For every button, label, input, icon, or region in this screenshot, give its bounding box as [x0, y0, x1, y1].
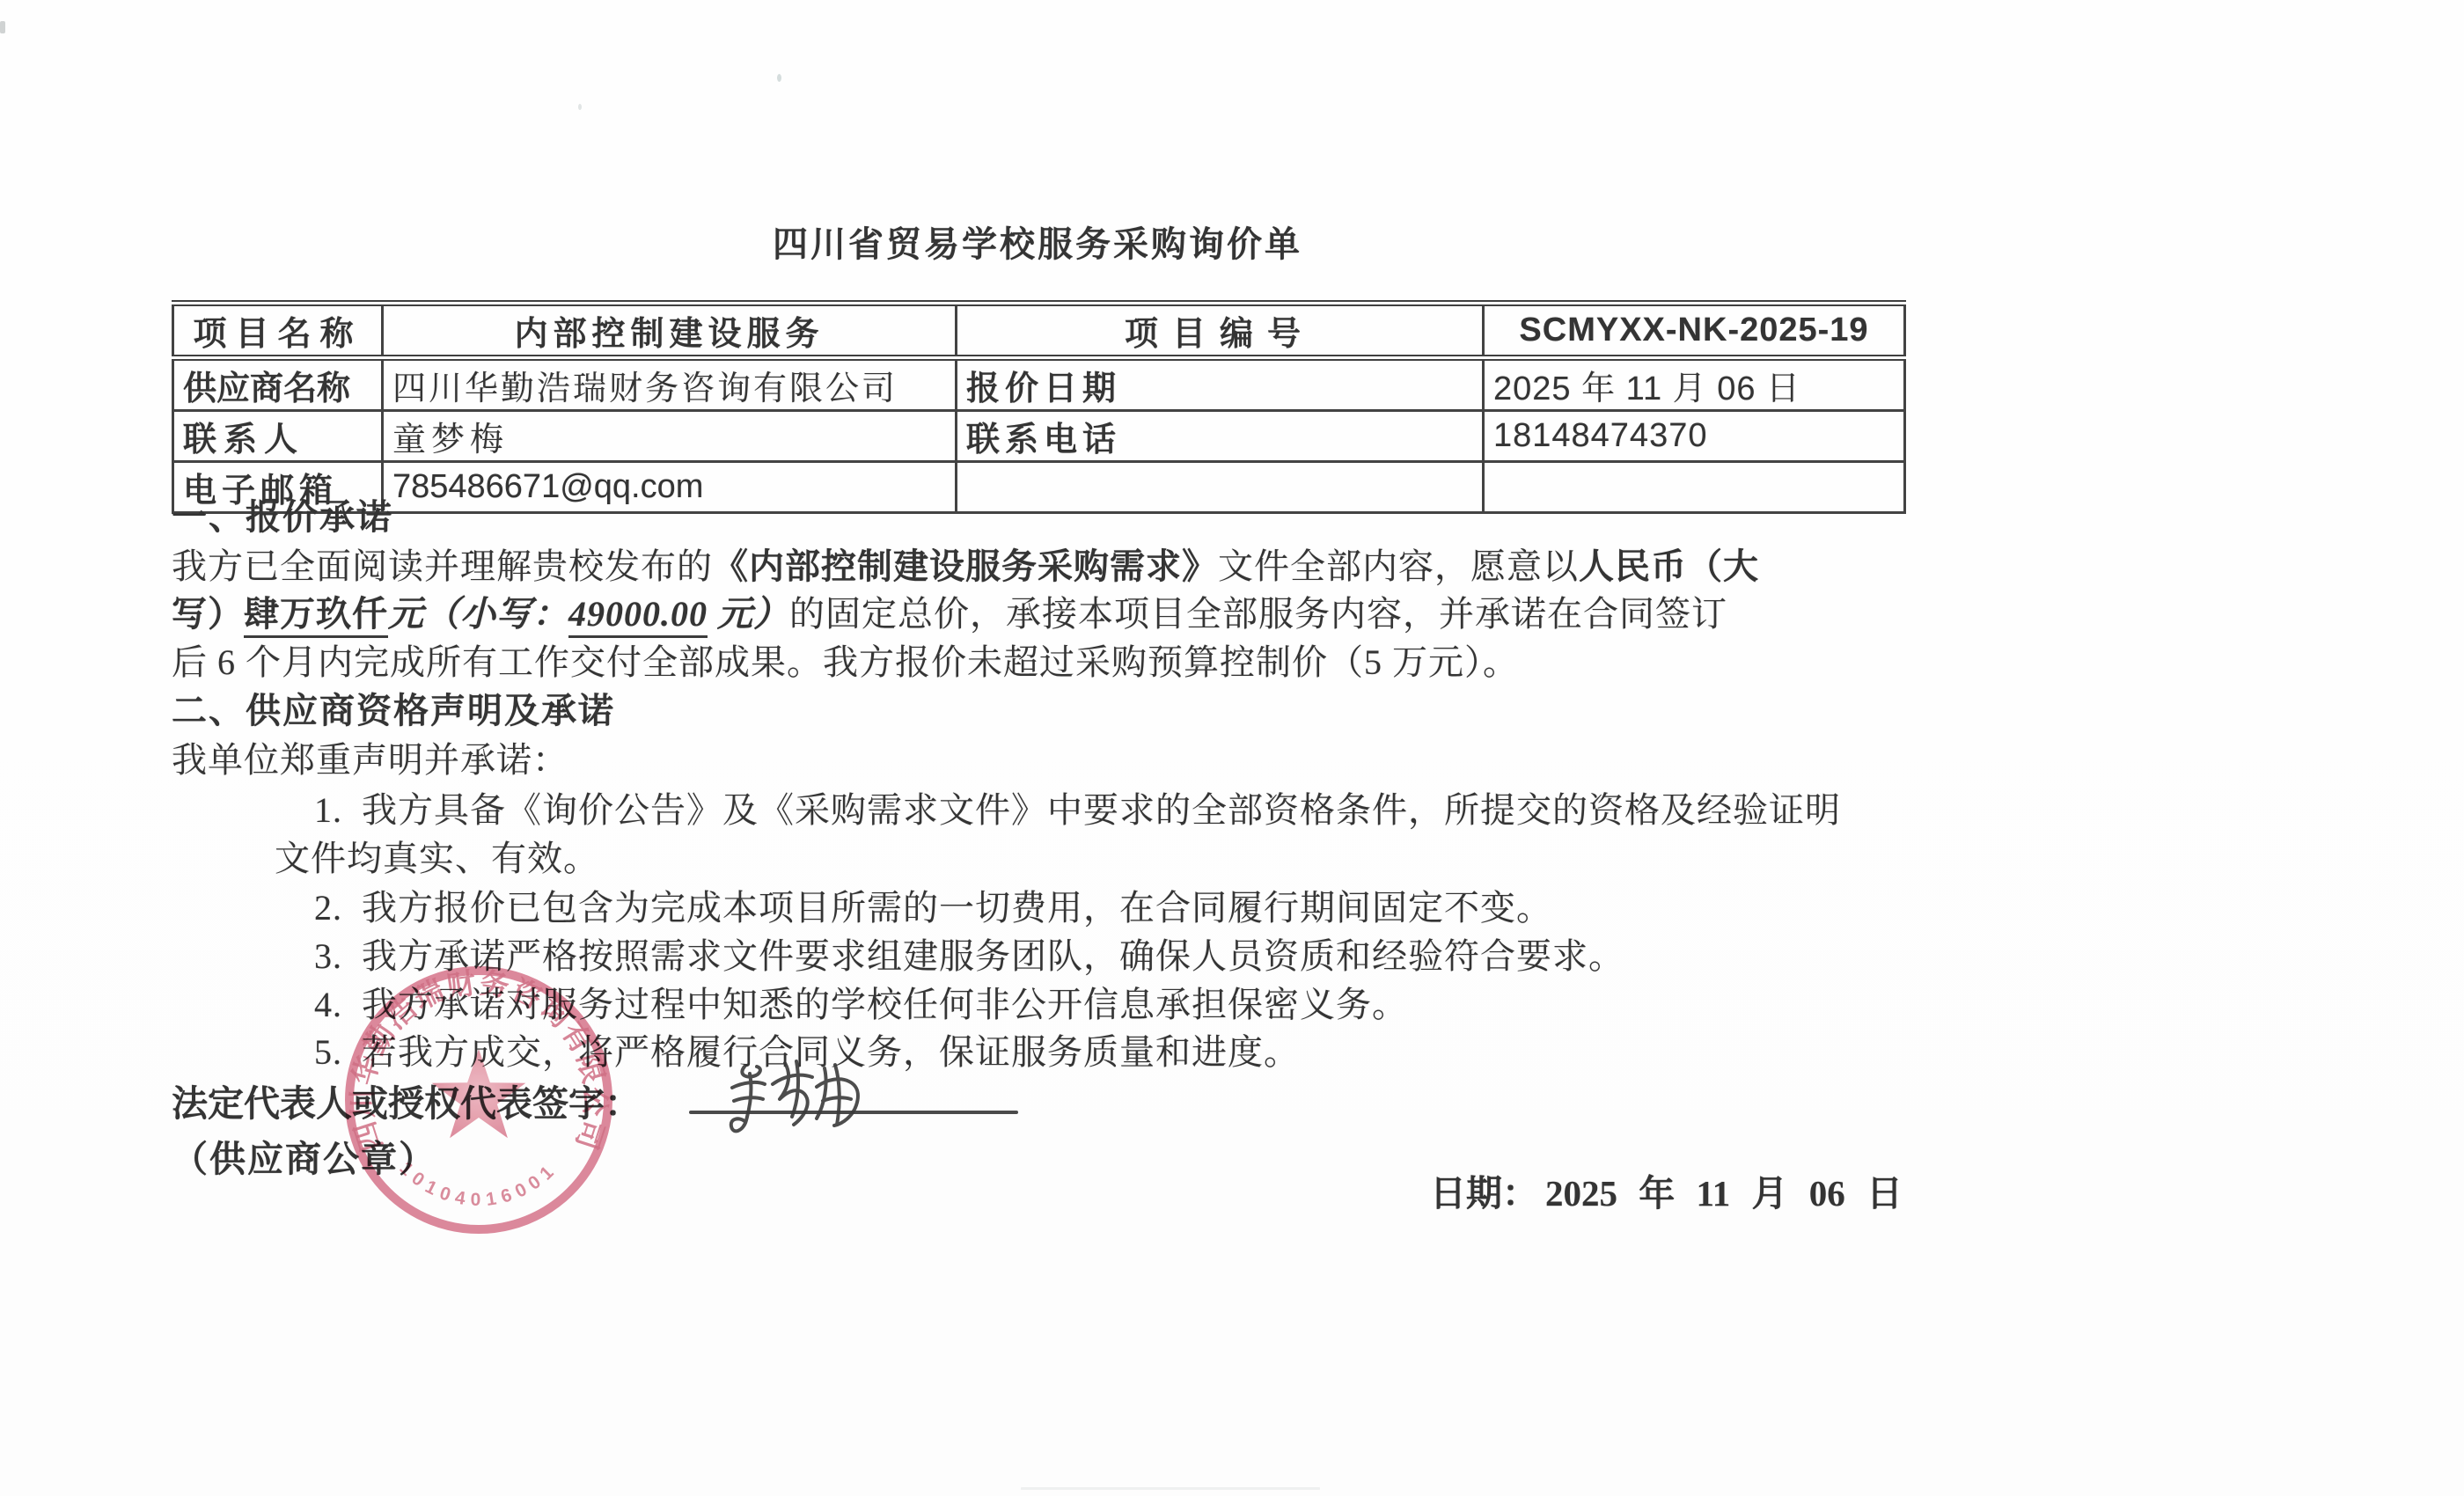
scan-speck [1021, 1487, 1320, 1490]
scan-speck [777, 74, 781, 82]
page-background: 四川省贸易学校服务采购询价单 项目名称 内部控制建设服务 项目编号 SCMYXX… [0, 0, 2464, 1496]
date-line: 日期：2025 年 11 月 06 日 [1430, 1164, 1903, 1216]
text-run: 的固定总价，承接本项目全部服务内容，并承诺在合同签订 [789, 594, 1727, 634]
text-run: 我方已全面阅读并理解贵校发布的 [172, 546, 713, 586]
contact-person-label: 联系人 [173, 411, 383, 462]
amount-in-words: 肆万玖仟 [244, 594, 388, 638]
text-run: 文件全部内容，愿意以 [1218, 546, 1579, 586]
section2-heading: 二、供应商资格声明及承诺 [172, 683, 615, 733]
empty-cell [1484, 462, 1905, 513]
section1-heading: 一、报价承诺 [172, 489, 393, 539]
bold-italic-run: 元（小写： [388, 594, 568, 634]
table-row: 供应商名称 四川华勤浩瑞财务咨询有限公司 报价日期 2025 年 11 月 06… [173, 358, 1905, 411]
amount-in-figures: 49000.00 [568, 594, 708, 638]
section1-paragraph-line3: 后 6 个月内完成所有工作交付全部成果。我方报价未超过采购预算控制价（5 万元）… [172, 634, 1519, 685]
document-title: 四川省贸易学校服务采购询价单 [172, 216, 1903, 267]
seal-star-icon [432, 1049, 526, 1138]
empty-cell [957, 462, 1484, 513]
list-item: 1.我方具备《询价公告》及《采购需求文件》中要求的全部资格条件，所提交的资格及经… [314, 782, 1841, 832]
contact-person-value: 童梦梅 [383, 411, 957, 462]
section1-paragraph-line1: 我方已全面阅读并理解贵校发布的《内部控制建设服务采购需求》文件全部内容，愿意以人… [172, 539, 1759, 589]
date-value: 2025 年 11 月 06 日 [1545, 1173, 1903, 1214]
quote-date-value: 2025 年 11 月 06 日 [1484, 358, 1905, 411]
signature-handwriting [711, 1054, 878, 1155]
date-label: 日期： [1430, 1173, 1538, 1214]
supplier-name-label: 供应商名称 [173, 358, 383, 411]
table-row: 联系人 童梦梅 联系电话 18148474370 [173, 411, 1905, 462]
bold-italic-run: 元） [708, 594, 789, 634]
supplier-name-value: 四川华勤浩瑞财务咨询有限公司 [383, 358, 957, 411]
project-number-label: 项目编号 [957, 304, 1484, 358]
contact-phone-label: 联系电话 [957, 411, 1484, 462]
table-row: 项目名称 内部控制建设服务 项目编号 SCMYXX-NK-2025-19 [173, 304, 1905, 358]
list-item-number: 2. [314, 888, 342, 928]
bold-run: 人民币（大 [1579, 546, 1759, 586]
scanned-document: { "document": { "title": "四川省贸易学校服务采购询价单… [0, 0, 2464, 1496]
info-table: 项目名称 内部控制建设服务 项目编号 SCMYXX-NK-2025-19 供应商… [172, 300, 1906, 514]
company-seal-stamp: 四川华勤浩瑞财务咨询有限公司 5101040160010 [320, 942, 637, 1258]
project-number-value: SCMYXX-NK-2025-19 [1484, 304, 1905, 358]
section1-paragraph-line2: 写）肆万玖仟元（小写：49000.00 元）的固定总价，承接本项目全部服务内容，… [172, 586, 1727, 636]
quote-date-label: 报价日期 [957, 358, 1484, 411]
contact-phone-value: 18148474370 [1484, 411, 1905, 462]
scan-speck [578, 104, 582, 110]
table-row: 电子邮箱 785486671@qq.com [173, 462, 1905, 513]
scan-speck [0, 21, 5, 33]
book-title-run: 《内部控制建设服务采购需求》 [713, 546, 1218, 586]
list-item-continuation: 文件均真实、有效。 [275, 831, 599, 881]
email-value: 785486671@qq.com [383, 462, 957, 513]
list-item-number: 1. [314, 790, 342, 830]
list-item-text: 我方具备《询价公告》及《采购需求文件》中要求的全部资格条件，所提交的资格及经验证… [362, 790, 1841, 830]
bold-run: 写） [172, 594, 244, 634]
list-item: 2.我方报价已包含为完成本项目所需的一切费用，在合同履行期间固定不变。 [314, 880, 1552, 930]
project-name-value: 内部控制建设服务 [383, 304, 957, 358]
section2-intro: 我单位郑重声明并承诺： [172, 732, 568, 782]
project-name-label: 项目名称 [173, 304, 383, 358]
list-item-text: 我方报价已包含为完成本项目所需的一切费用，在合同履行期间固定不变。 [362, 888, 1552, 928]
